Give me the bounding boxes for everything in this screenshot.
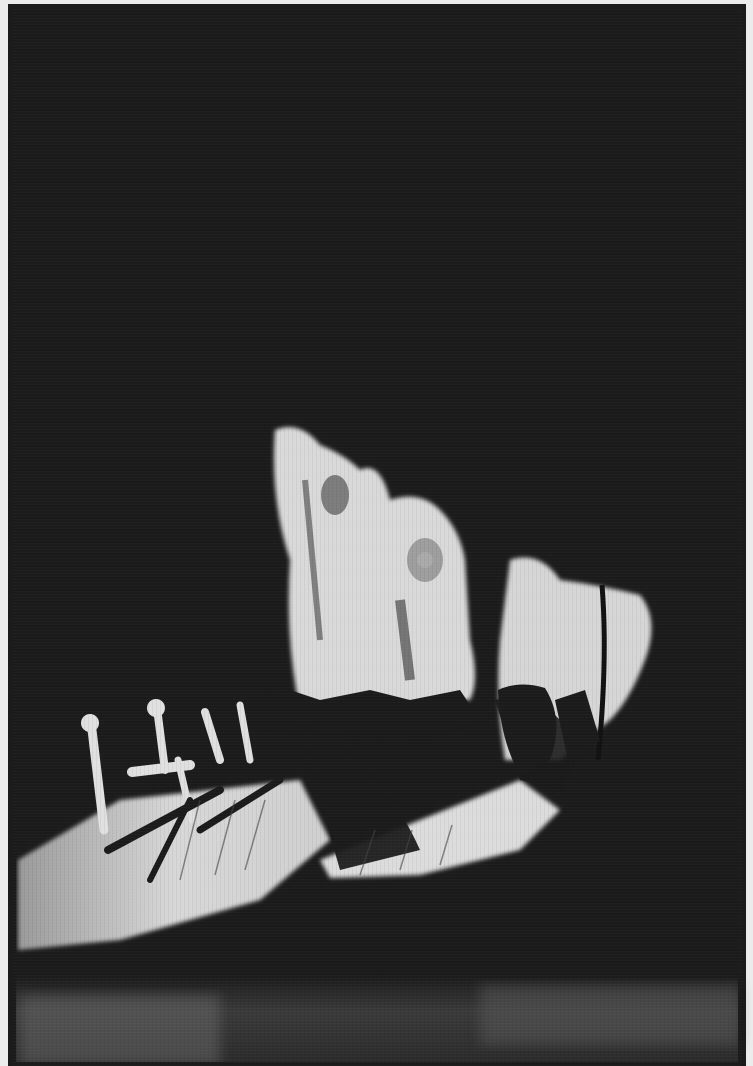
photo-scene xyxy=(0,0,753,1066)
rubble-shadow xyxy=(250,690,480,740)
